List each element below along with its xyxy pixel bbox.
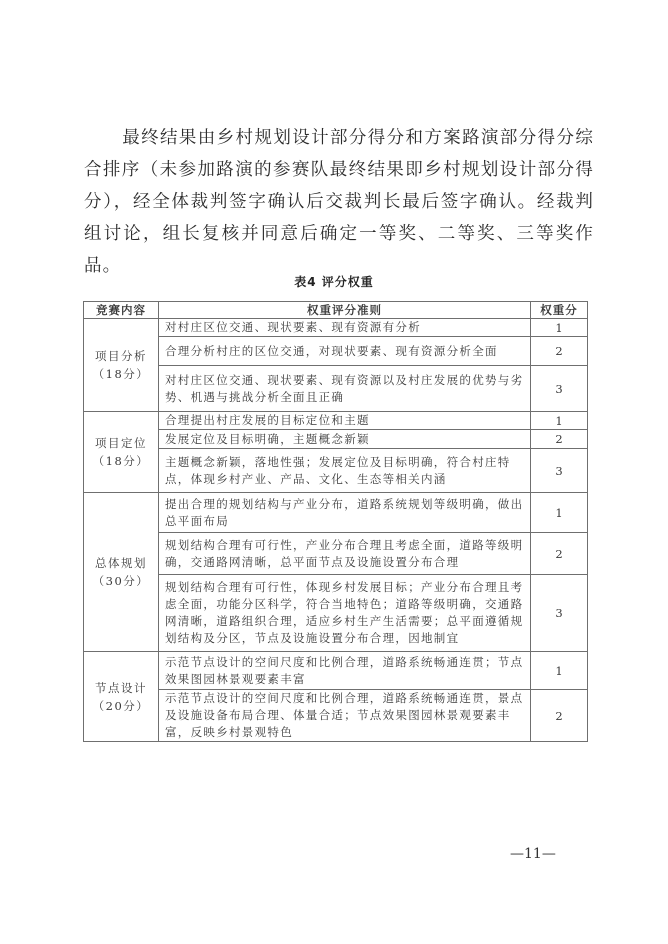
weight-cell: 3	[531, 575, 588, 652]
category-points: （20分）	[90, 697, 152, 715]
criterion-cell: 发展定位及目标明确，主题概念新颖	[159, 430, 531, 449]
table-row: 项目定位 （18分） 合理提出村庄发展的目标定位和主题 1	[84, 412, 588, 430]
body-paragraph: 最终结果由乡村规划设计部分得分和方案路演部分得分综合排序（未参加路演的参赛队最终…	[84, 122, 594, 282]
weight-cell: 1	[531, 493, 588, 533]
header-category: 竞赛内容	[84, 302, 159, 319]
table-row: 节点设计 （20分） 示范节点设计的空间尺度和比例合理，道路系统畅通连贯；节点效…	[84, 652, 588, 690]
table-row: 示范节点设计的空间尺度和比例合理，道路系统畅通连贯，景点及设施设备布局合理、体量…	[84, 690, 588, 742]
criterion-cell: 提出合理的规划结构与产业分布，道路系统规划等级明确，做出总平面布局	[159, 493, 531, 533]
category-points: （18分）	[90, 365, 152, 383]
weight-cell: 2	[531, 690, 588, 742]
category-cell: 总体规划 （30分）	[84, 493, 159, 652]
category-cell: 项目定位 （18分）	[84, 412, 159, 493]
criterion-cell: 合理提出村庄发展的目标定位和主题	[159, 412, 531, 430]
criterion-cell: 对村庄区位交通、现状要素、现有资源以及村庄发展的优势与劣势、机遇与挑战分析全面且…	[159, 366, 531, 412]
table-row: 发展定位及目标明确，主题概念新颖 2	[84, 430, 588, 449]
category-cell: 节点设计 （20分）	[84, 652, 159, 742]
criterion-cell: 示范节点设计的空间尺度和比例合理，道路系统畅通连贯；节点效果图园林景观要素丰富	[159, 652, 531, 690]
criterion-cell: 规划结构合理有可行性，体现乡村发展目标；产业分布合理且考虑全面，功能分区科学，符…	[159, 575, 531, 652]
criterion-cell: 合理分析村庄的区位交通，对现状要素、现有资源分析全面	[159, 337, 531, 366]
table-row: 总体规划 （30分） 提出合理的规划结构与产业分布，道路系统规划等级明确，做出总…	[84, 493, 588, 533]
weight-cell: 1	[531, 319, 588, 337]
category-points: （18分）	[90, 452, 152, 470]
criterion-cell: 主题概念新颖，落地性强；发展定位及目标明确，符合村庄特点，体现乡村产业、产品、文…	[159, 449, 531, 493]
weight-cell: 2	[531, 430, 588, 449]
table-row: 规划结构合理有可行性，产业分布合理且考虑全面，道路等级明确，交通路网清晰，总平面…	[84, 533, 588, 575]
criterion-cell: 对村庄区位交通、现状要素、现有资源有分析	[159, 319, 531, 337]
page-number: —11—	[510, 846, 556, 862]
weight-cell: 2	[531, 533, 588, 575]
category-name: 项目定位	[90, 434, 152, 452]
category-name: 总体规划	[90, 554, 152, 572]
criterion-cell: 规划结构合理有可行性，产业分布合理且考虑全面，道路等级明确，交通路网清晰，总平面…	[159, 533, 531, 575]
category-points: （30分）	[90, 572, 152, 590]
category-cell: 项目分析 （18分）	[84, 319, 159, 412]
header-weight: 权重分	[531, 302, 588, 319]
header-criteria: 权重评分准则	[159, 302, 531, 319]
weight-cell: 3	[531, 449, 588, 493]
weight-cell: 3	[531, 366, 588, 412]
table-caption: 表4 评分权重	[0, 273, 668, 290]
table-row: 规划结构合理有可行性，体现乡村发展目标；产业分布合理且考虑全面，功能分区科学，符…	[84, 575, 588, 652]
table-row: 合理分析村庄的区位交通，对现状要素、现有资源分析全面 2	[84, 337, 588, 366]
weight-cell: 1	[531, 652, 588, 690]
criterion-cell: 示范节点设计的空间尺度和比例合理，道路系统畅通连贯，景点及设施设备布局合理、体量…	[159, 690, 531, 742]
table-row: 对村庄区位交通、现状要素、现有资源以及村庄发展的优势与劣势、机遇与挑战分析全面且…	[84, 366, 588, 412]
table-row: 主题概念新颖，落地性强；发展定位及目标明确，符合村庄特点，体现乡村产业、产品、文…	[84, 449, 588, 493]
weight-cell: 1	[531, 412, 588, 430]
table-row: 项目分析 （18分） 对村庄区位交通、现状要素、现有资源有分析 1	[84, 319, 588, 337]
category-name: 节点设计	[90, 679, 152, 697]
scoring-weight-table: 竞赛内容 权重评分准则 权重分 项目分析 （18分） 对村庄区位交通、现状要素、…	[83, 301, 588, 742]
category-name: 项目分析	[90, 347, 152, 365]
table-header-row: 竞赛内容 权重评分准则 权重分	[84, 302, 588, 319]
paragraph-text: 最终结果由乡村规划设计部分得分和方案路演部分得分综合排序（未参加路演的参赛队最终…	[84, 128, 594, 276]
weight-cell: 2	[531, 337, 588, 366]
